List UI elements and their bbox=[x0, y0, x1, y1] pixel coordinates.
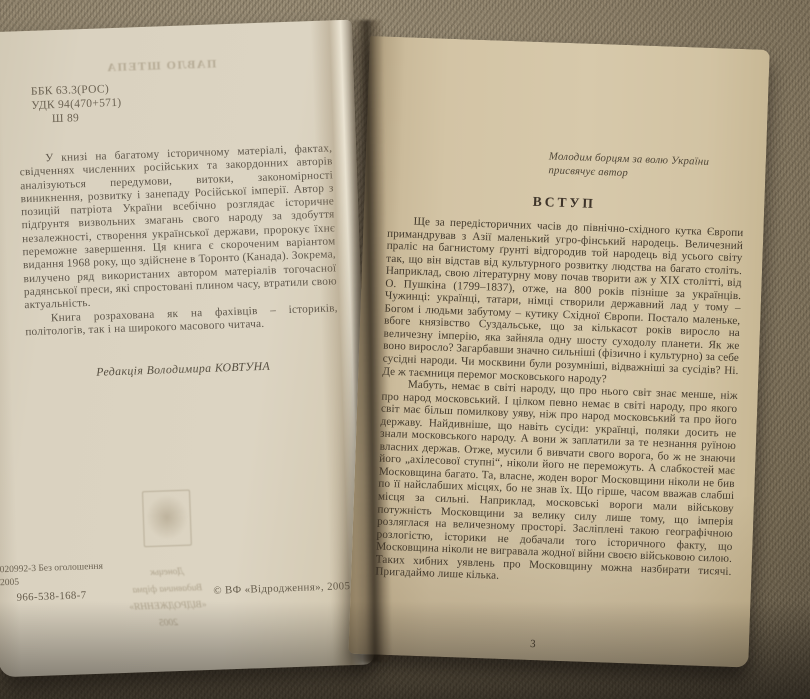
book-photo: ПАВЛО ШТЕПА ББК 63.3(РОС) УДК 94(470+571… bbox=[0, 0, 810, 699]
body-paragraph: Мабуть, немає в світі народу, що про ньо… bbox=[375, 378, 738, 591]
showthrough-author-title: ПАВЛО ШТЕПА bbox=[96, 56, 226, 76]
isbn: 966-538-168-7 bbox=[16, 589, 86, 603]
page-number: 3 bbox=[349, 632, 717, 657]
chapter-body: Ще за передісторичних часів до північно-… bbox=[375, 215, 743, 591]
release-code: 020992-3 Без оголошення 2005 bbox=[0, 561, 104, 591]
epigraph: Молодим борцям за волю України присвячує… bbox=[548, 150, 749, 184]
showthrough-imprint-line: «ВІДРОДЖЕННЯ» bbox=[125, 597, 212, 617]
showthrough-publisher-stamp bbox=[142, 490, 192, 548]
body-paragraph: Ще за передісторичних часів до північно-… bbox=[382, 215, 743, 390]
chapter-title: ВСТУП bbox=[364, 188, 764, 218]
release-code-year: 2005 bbox=[0, 574, 104, 591]
left-page: ПАВЛО ШТЕПА ББК 63.3(РОС) УДК 94(470+571… bbox=[0, 20, 374, 678]
classification-codes: ББК 63.3(РОС) УДК 94(470+571) Ш 89 bbox=[31, 82, 122, 127]
right-page: Молодим борцям за волю України присвячує… bbox=[348, 36, 769, 668]
annotation-block: У книзі на багатому історичному матеріал… bbox=[19, 142, 338, 339]
copyright-notice: © ВФ «Відродження», 2005. bbox=[213, 580, 353, 597]
annotation-paragraph: У книзі на багатому історичному матеріал… bbox=[19, 142, 337, 312]
editor-credit: Редакція Володимира КОВТУНА bbox=[27, 356, 340, 382]
showthrough-imprint-line: 2005 bbox=[125, 614, 212, 634]
